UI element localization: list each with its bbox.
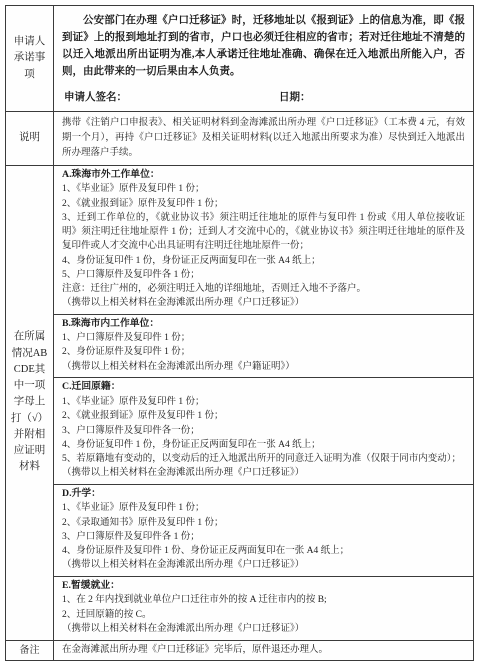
situations-sections: A.珠海市外工作单位：1、《毕业证》原件及复印件 1 份；2、《就业报到证》原件… xyxy=(54,166,473,640)
remarks-body-text: 在金海滩派出所办理《户口迁移证》完毕后，原件退还办理人。 xyxy=(62,644,328,657)
instructions-body-text: 携带《注销户口申报表》、相关证明材料到金海滩派出所办理《户口迁移证》（工本费 4… xyxy=(62,116,465,162)
row-instructions: 说明 携带《注销户口申报表》、相关证明材料到金海滩派出所办理《户口迁移证》（工本… xyxy=(6,111,473,165)
row-remarks: 备注 在金海滩派出所办理《户口迁移证》完毕后，原件退还办理人。 xyxy=(6,640,473,661)
situation-section-D: D.升学：1、《毕业证》原件及复印件 1 份；2、《录取通知书》原件及复印件 1… xyxy=(54,484,473,576)
section-line: （携带以上相关材料在金海滩派出所办理《户籍证明》） xyxy=(62,360,465,374)
section-line: 1、《毕业证》原件及复印件 1 份； xyxy=(62,395,465,409)
row-commitment: 申请人承诺事项 公安部门在办理《户口迁移证》时，迁移地址以《报到证》上的信息为准… xyxy=(6,6,473,111)
date-label: 日期： xyxy=(279,89,311,104)
section-line: 1、《毕业证》原件及复印件 1 份； xyxy=(62,501,465,515)
situation-section-A: A.珠海市外工作单位：1、《毕业证》原件及复印件 1 份；2、《就业报到证》原件… xyxy=(54,166,473,314)
section-line: （携带以上相关材料在金海滩派出所办理《户口迁移证》） xyxy=(62,622,465,636)
situations-row-label: 在所属情况ABCDE其中一项字母上打（√）并附相应证明材料 xyxy=(6,166,54,640)
document-sheet: 申请人承诺事项 公安部门在办理《户口迁移证》时，迁移地址以《报到证》上的信息为准… xyxy=(0,0,479,665)
application-notes-table: 申请人承诺事项 公安部门在办理《户口迁移证》时，迁移地址以《报到证》上的信息为准… xyxy=(5,5,474,661)
section-line: 3、户口簿原件及复印件各 1 份； xyxy=(62,530,465,544)
section-line: 4、身份证原件及复印件 1 份、身份证正反两面复印在一张 A4 纸上； xyxy=(62,544,465,558)
situation-section-B: B.珠海市内工作单位：1、户口簿原件及复印件 1 份；2、身份证原件及复印件 1… xyxy=(54,314,473,378)
commitment-row-label: 申请人承诺事项 xyxy=(6,6,54,111)
section-line: 1、《毕业证》原件及复印件 1 份； xyxy=(62,182,465,196)
section-title: D.升学： xyxy=(62,487,465,502)
signature-line: 申请人签名： 日期： xyxy=(62,89,465,104)
section-line: 2、《录取通知书》原件及复印件 1 份； xyxy=(62,516,465,530)
section-title: B.珠海市内工作单位： xyxy=(62,317,465,332)
section-line: 1、户口簿原件及复印件 1 份； xyxy=(62,331,465,345)
section-line: （携带以上相关材料在金海滩派出所办理《户口迁移证》） xyxy=(62,466,465,480)
section-line: 1、在 2 年内找到就业单位户口迁往市外的按 A 迁往市内的按 B; xyxy=(62,593,465,607)
section-line: 3、户口簿原件及复印件各一份； xyxy=(62,424,465,438)
applicant-signature-label: 申请人签名： xyxy=(64,89,127,104)
instructions-row-label: 说明 xyxy=(6,112,54,165)
section-line: 2、《就业报到证》原件及复印件 1 份； xyxy=(62,197,465,211)
commitment-content: 公安部门在办理《户口迁移证》时，迁移地址以《报到证》上的信息为准，即《报到证》上… xyxy=(54,6,473,111)
section-line: 2、《就业报到证》原件及复印件 1 份； xyxy=(62,409,465,423)
commitment-body-text: 公安部门在办理《户口迁移证》时，迁移地址以《报到证》上的信息为准，即《报到证》上… xyxy=(62,12,465,80)
section-title: C.迁回原籍： xyxy=(62,380,465,395)
section-line: 注意：迁往广州的，必须注明迁入地的详细地址，否则迁入地不予落户。 xyxy=(62,282,465,296)
section-line: 2、迁回原籍的按 C。 xyxy=(62,608,465,622)
section-title: E.暂缓就业： xyxy=(62,579,465,594)
situation-section-C: C.迁回原籍：1、《毕业证》原件及复印件 1 份；2、《就业报到证》原件及复印件… xyxy=(54,377,473,483)
section-line: （携带以上相关材料在金海滩派出所办理《户口迁移证》） xyxy=(62,296,465,310)
section-line: 4、身份证复印件 1 份，身份证正反两面复印在一张 A4 纸上； xyxy=(62,254,465,268)
row-situations: 在所属情况ABCDE其中一项字母上打（√）并附相应证明材料 A.珠海市外工作单位… xyxy=(6,165,473,640)
section-line: 5、若原籍地有变动的，以变动后的迁入地派出所开的同意迁入证明为准（仅限于同市内变… xyxy=(62,452,465,466)
section-line: 3、迁到工作单位的，《就业协议书》须注明迁往地址的原件与复印件 1 份或《用人单… xyxy=(62,211,465,254)
section-line: 2、身份证原件及复印件 1 份； xyxy=(62,345,465,359)
situation-section-E: E.暂缓就业：1、在 2 年内找到就业单位户口迁往市外的按 A 迁往市内的按 B… xyxy=(54,576,473,640)
remarks-row-label: 备注 xyxy=(6,641,54,661)
section-line: 5、户口簿原件及复印件各 1 份； xyxy=(62,268,465,282)
section-title: A.珠海市外工作单位： xyxy=(62,168,465,183)
section-line: （携带以上相关材料在金海滩派出所办理《户口迁移证》） xyxy=(62,558,465,572)
section-line: 4、身份证复印件 1 份，身份证正反两面复印在一张 A4 纸上； xyxy=(62,438,465,452)
